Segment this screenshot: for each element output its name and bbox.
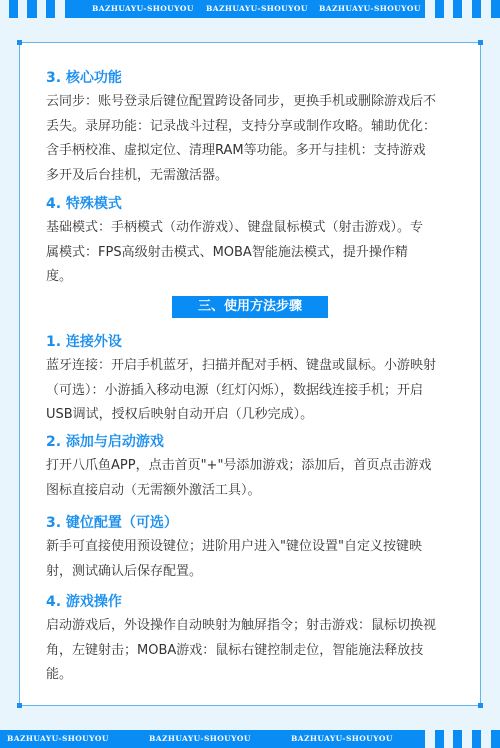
top-stripe xyxy=(46,0,55,18)
corner-dot xyxy=(17,40,22,45)
step-body: 蓝牙连接：开启手机蓝牙，扫描并配对手柄、键盘或鼠标。小游映射 （可选）：小游插入… xyxy=(46,354,466,428)
footer-bar: BAZHUAYU-SHOUYOU BAZHUAYU-SHOUYOU BAZHUA… xyxy=(0,730,425,748)
bottom-stripe xyxy=(453,730,462,748)
step-heading: 4. 游戏操作 xyxy=(46,591,122,611)
step-body: 打开八爪鱼APP，点击首页"+"号添加游戏；添加后，首页点击游戏 图标直接启动（… xyxy=(46,454,466,503)
bottom-stripe xyxy=(435,730,444,748)
footer-bar-text: BAZHUAYU-SHOUYOU xyxy=(7,734,109,743)
corner-dot xyxy=(478,40,483,45)
step-heading: 3. 键位配置（可选） xyxy=(46,512,178,532)
corner-dot xyxy=(17,703,22,708)
top-stripe xyxy=(435,0,444,18)
section-heading: 3. 核心功能 xyxy=(46,67,122,87)
corner-dot xyxy=(478,703,483,708)
top-stripe xyxy=(472,0,481,18)
top-stripe xyxy=(9,0,18,18)
bottom-stripe xyxy=(472,730,481,748)
top-stripe xyxy=(27,0,37,18)
header-bar-text: BAZHUAYU-SHOUYOU xyxy=(319,4,421,13)
footer-bar-text: BAZHUAYU-SHOUYOU xyxy=(291,734,393,743)
section-heading: 4. 特殊模式 xyxy=(46,193,122,213)
header-bar-text: BAZHUAYU-SHOUYOU xyxy=(92,4,194,13)
step-body: 新手可直接使用预设键位；进阶用户进入"键位设置"自定义按键映 射，测试确认后保存… xyxy=(46,535,466,584)
header-bar: BAZHUAYU-SHOUYOU BAZHUAYU-SHOUYOU BAZHUA… xyxy=(65,0,425,18)
bottom-stripe xyxy=(491,730,500,748)
section-banner: 三、使用方法步骤 xyxy=(172,296,328,318)
top-stripe xyxy=(453,0,462,18)
section-body: 基础模式：手柄模式（动作游戏）、键盘鼠标模式（射击游戏）。专 属模式：FPS高级… xyxy=(46,216,466,290)
section-body: 云同步：账号登录后键位配置跨设备同步，更换手机或删除游戏后不 丢失。录屏功能：记… xyxy=(46,90,466,188)
top-stripe xyxy=(491,0,500,18)
step-body: 启动游戏后，外设操作自动映射为触屏指令；射击游戏：鼠标切换视 角，左键射击；MO… xyxy=(46,614,466,688)
step-heading: 2. 添加与启动游戏 xyxy=(46,431,164,451)
footer-bar-text: BAZHUAYU-SHOUYOU xyxy=(149,734,251,743)
step-heading: 1. 连接外设 xyxy=(46,331,122,351)
header-bar-text: BAZHUAYU-SHOUYOU xyxy=(206,4,308,13)
content-card: 3. 核心功能 云同步：账号登录后键位配置跨设备同步，更换手机或删除游戏后不 丢… xyxy=(19,42,481,706)
